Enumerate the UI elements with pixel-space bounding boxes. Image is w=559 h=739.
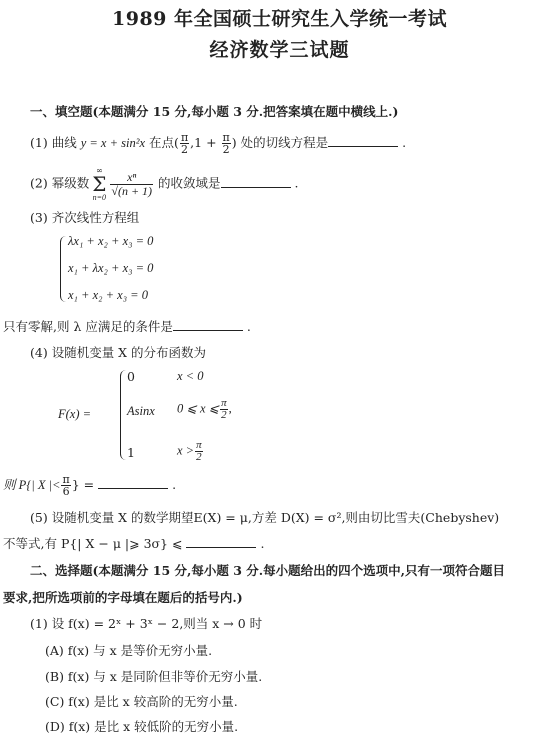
denominator: 2 bbox=[195, 452, 203, 463]
question-1-5-line2: 不等式,有 P{| X − μ |⩾ 3σ} ⩽ . bbox=[3, 534, 264, 552]
period: . bbox=[172, 477, 176, 492]
question-text: 只有零解,则 λ 应满足的条件是 bbox=[3, 319, 173, 334]
answer-blank[interactable] bbox=[186, 535, 256, 548]
answer-blank[interactable] bbox=[328, 134, 398, 147]
question-number: (4) bbox=[30, 345, 48, 360]
case-value-3: 1 bbox=[127, 445, 135, 460]
answer-blank[interactable] bbox=[221, 175, 291, 188]
period: . bbox=[295, 176, 299, 191]
question-text: 齐次线性方程组 bbox=[52, 210, 140, 225]
period: . bbox=[260, 536, 264, 551]
formula: y = x + sin²x bbox=[81, 136, 145, 150]
equation-3: x₁ + x₂ + x₃ = 0 bbox=[68, 288, 148, 303]
equation-1: λx₁ + x₂ + x₃ = 0 bbox=[68, 234, 153, 249]
section2-heading-line2: 要求,把所选项前的字母填在题后的括号内.) bbox=[3, 588, 243, 606]
question-text: 幂级数 bbox=[52, 176, 90, 191]
summation: ∞Σn=0 bbox=[92, 166, 106, 202]
fraction: π2 bbox=[195, 440, 203, 463]
period: . bbox=[247, 319, 251, 334]
sum-lower: n=0 bbox=[92, 193, 106, 202]
exam-subtitle: 经济数学三试题 bbox=[0, 35, 559, 62]
fraction: π6 bbox=[61, 474, 70, 497]
fraction: π2 bbox=[180, 132, 189, 155]
probability-expr: } = bbox=[72, 477, 94, 492]
condition-text: 0 ⩽ x ⩽ bbox=[177, 401, 219, 415]
option-c[interactable]: (C) f(x) 是比 x 较高阶的无穷小量. bbox=[45, 692, 238, 710]
case-cond-1: x < 0 bbox=[177, 369, 203, 384]
fraction: xⁿ√(n + 1) bbox=[110, 171, 153, 198]
denominator: √(n + 1) bbox=[110, 185, 153, 198]
question-number: (1) bbox=[30, 616, 48, 631]
question-number: (2) bbox=[30, 176, 48, 191]
answer-blank[interactable] bbox=[173, 318, 243, 331]
denominator: 2 bbox=[180, 144, 189, 155]
question-1-1: (1) 曲线 y = x + sin²x 在点(π2,1 + π2) 处的切线方… bbox=[30, 132, 406, 155]
question-1-3: (3) 齐次线性方程组 bbox=[30, 208, 139, 226]
question-1-5: (5) 设随机变量 X 的数学期望E(X) = μ,方差 D(X) = σ²,则… bbox=[30, 508, 499, 526]
comma: , bbox=[229, 401, 232, 415]
option-a[interactable]: (A) f(x) 与 x 是等价无穷小量. bbox=[45, 641, 212, 659]
question-1-3-condition: 只有零解,则 λ 应满足的条件是 . bbox=[3, 317, 251, 335]
question-1-4-probability: 则 P{| X |<π6} = . bbox=[3, 474, 176, 497]
case-cond-2: 0 ⩽ x ⩽π2, bbox=[177, 398, 232, 421]
question-text: 在点( bbox=[149, 135, 179, 150]
fraction: π2 bbox=[220, 398, 228, 421]
option-d[interactable]: (D) f(x) 是比 x 较低阶的无穷小量. bbox=[45, 717, 238, 735]
condition-text: x > bbox=[177, 443, 194, 457]
question-2-1: (1) 设 f(x) = 2ˣ + 3ˣ − 2,则当 x → 0 时 bbox=[30, 614, 262, 632]
numerator: xⁿ bbox=[110, 171, 153, 185]
fraction: π2 bbox=[222, 132, 231, 155]
question-number: (3) bbox=[30, 210, 48, 225]
exam-title: 1989 年全国硕士研究生入学统一考试 bbox=[0, 4, 559, 31]
question-text: 的收敛域是 bbox=[158, 176, 221, 191]
period: . bbox=[402, 135, 406, 150]
question-number: (1) bbox=[30, 135, 48, 150]
case-value-2: Asinx bbox=[127, 404, 155, 419]
function-lhs: F(x) = bbox=[58, 407, 91, 422]
case-cond-3: x >π2 bbox=[177, 440, 204, 463]
question-text: ,1 + bbox=[190, 135, 220, 150]
section1-heading: 一、填空题(本题满分 15 分,每小题 3 分.把答案填在题中横线上.) bbox=[30, 102, 398, 120]
option-b[interactable]: (B) f(x) 与 x 是同阶但非等价无穷小量. bbox=[45, 667, 262, 685]
probability-expr: 则 P{| X |< bbox=[3, 478, 60, 492]
question-text: 不等式,有 P{| X − μ |⩾ 3σ} ⩽ bbox=[3, 536, 182, 551]
question-stem: 设 f(x) = 2ˣ + 3ˣ − 2,则当 x → 0 时 bbox=[52, 616, 262, 631]
left-brace bbox=[120, 370, 126, 460]
answer-blank[interactable] bbox=[98, 476, 168, 489]
sigma-symbol: Σ bbox=[92, 175, 106, 193]
question-1-4: (4) 设随机变量 X 的分布函数为 bbox=[30, 343, 206, 361]
question-text: 设随机变量 X 的数学期望E(X) = μ,方差 D(X) = σ²,则由切比雪… bbox=[52, 510, 499, 525]
question-number: (5) bbox=[30, 510, 48, 525]
denominator: 6 bbox=[61, 486, 70, 497]
denominator: 2 bbox=[220, 410, 228, 421]
case-value-1: 0 bbox=[127, 369, 135, 384]
question-text: 设随机变量 X 的分布函数为 bbox=[52, 345, 206, 360]
question-1-2: (2) 幂级数∞Σn=0xⁿ√(n + 1) 的收敛域是 . bbox=[30, 166, 299, 202]
section2-heading-line1: 二、选择题(本题满分 15 分,每小题 3 分.每小题给出的四个选项中,只有一项… bbox=[30, 561, 505, 579]
question-text: 曲线 bbox=[52, 135, 77, 150]
equation-2: x₁ + λx₂ + x₃ = 0 bbox=[68, 261, 153, 276]
left-brace bbox=[60, 236, 66, 302]
question-text: ) 处的切线方程是 bbox=[232, 135, 328, 150]
denominator: 2 bbox=[222, 144, 231, 155]
